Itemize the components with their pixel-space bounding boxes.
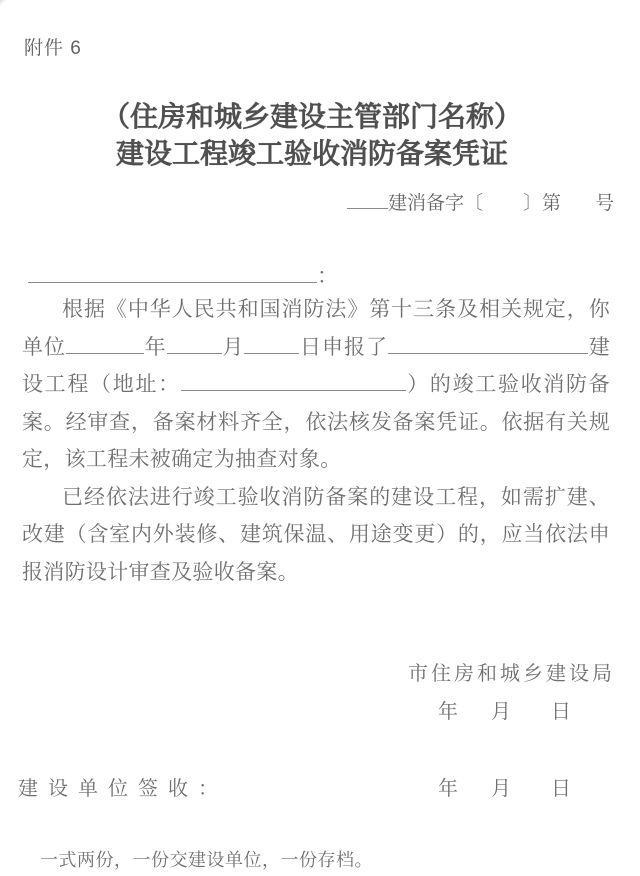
- issuer-day-label: 日: [551, 701, 571, 723]
- doc-number-row: 建消备字〔〕第号: [347, 188, 614, 215]
- open-bracket: 〔: [464, 193, 483, 214]
- title-line-1: （住房和城乡建设主管部门名称）: [0, 99, 632, 136]
- receipt-month-label: 月: [491, 778, 511, 800]
- close-bracket: 〕: [523, 193, 542, 214]
- paragraph-1: 根据《中华人民共和国消防法》第十三条及相关规定，你单位年月日申报了建设工程（地址…: [22, 291, 610, 479]
- receipt-day-label: 日: [551, 778, 571, 800]
- footer-note: 一式两份，一份交建设单位，一份存档。: [40, 846, 373, 872]
- number-gap: [561, 208, 595, 209]
- addressee-blank: [28, 263, 317, 283]
- doc-number-no-unit: 号: [595, 193, 614, 214]
- doc-number-no-label: 第: [542, 193, 561, 214]
- doc-number-prefix: 建消备字: [388, 193, 464, 214]
- day-blank: [244, 334, 299, 354]
- body-text: 根据《中华人民共和国消防法》第十三条及相关规定，你单位年月日申报了建设工程（地址…: [22, 291, 610, 591]
- receipt-date-line: 年月日: [438, 772, 571, 801]
- document-title: （住房和城乡建设主管部门名称） 建设工程竣工验收消防备案凭证: [0, 99, 632, 173]
- p1-text-2: 日申报了: [299, 335, 388, 359]
- month-blank: [167, 334, 222, 354]
- year-blank: [66, 334, 144, 354]
- month-label: 月: [222, 335, 245, 359]
- issuer-date-line: 年月日: [438, 695, 571, 724]
- scanned-document-page: 附件 6 （住房和城乡建设主管部门名称） 建设工程竣工验收消防备案凭证 建消备字…: [0, 0, 640, 876]
- receipt-label: 建设单位签收：: [18, 772, 228, 801]
- scan-corner-artifact: [0, 0, 10, 10]
- attachment-label: 附件 6: [24, 33, 82, 60]
- receipt-year-label: 年: [438, 778, 458, 800]
- addressee-colon: ：: [317, 264, 338, 288]
- issuer-year-label: 年: [438, 701, 458, 723]
- addressee-line: ：: [28, 260, 338, 290]
- address-blank: [181, 371, 406, 391]
- bracket-gap: [483, 208, 523, 209]
- title-line-2: 建设工程竣工验收消防备案凭证: [0, 136, 632, 173]
- issuer-authority: 市住房和城乡建设局: [408, 657, 615, 686]
- project-name-blank: [388, 334, 588, 354]
- issuer-month-label: 月: [491, 701, 511, 723]
- year-label: 年: [144, 335, 167, 359]
- doc-number-blank: [347, 191, 388, 209]
- paragraph-2: 已经依法进行竣工验收消防备案的建设工程，如需扩建、改建（含室内外装修、建筑保温、…: [22, 479, 610, 592]
